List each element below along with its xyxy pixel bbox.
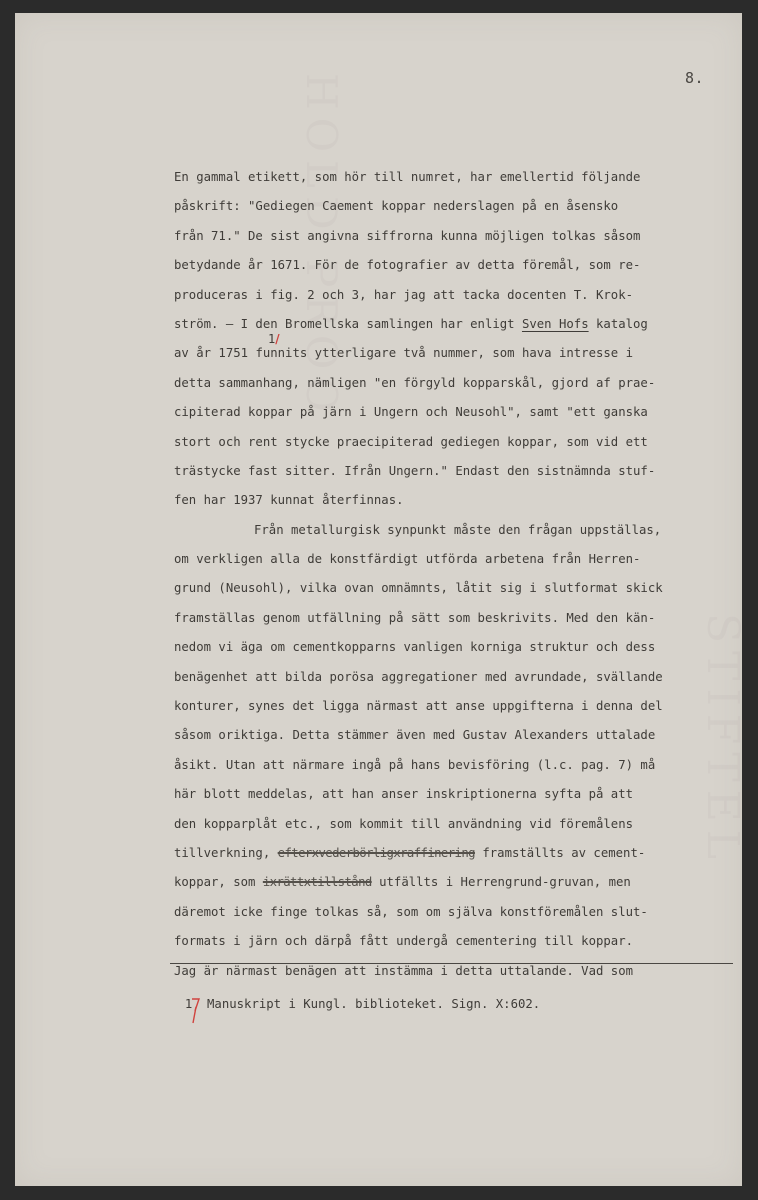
text-segment: funnits ytterligare två nummer, som hava…	[255, 346, 633, 360]
page-number: 8.	[685, 69, 704, 87]
text-line: från 71." De sist angivna siffrorna kunn…	[174, 222, 734, 251]
text-segment: koppar, som	[174, 875, 263, 889]
text-segment: utfällts i Herrengrund-gruvan, men	[372, 875, 631, 889]
red-annotation-mark	[190, 997, 200, 1025]
text-segment: katalog	[589, 317, 648, 331]
text-line: koppar, som ixrättxtillstånd utfällts i …	[174, 868, 734, 897]
text-line: cipiterad koppar på järn i Ungern och Ne…	[174, 398, 734, 427]
text-line: En gammal etikett, som hör till numret, …	[174, 163, 734, 192]
text-line: däremot icke finge tolkas så, som om sjä…	[174, 898, 734, 927]
footnote: 1 Manuskript i Kungl. biblioteket. Sign.…	[170, 983, 540, 1011]
struck-out-text: efterxvederbörligxraffinering	[278, 846, 475, 860]
footnote-divider	[170, 963, 733, 964]
footnote-text: Manuskript i Kungl. biblioteket. Sign. X…	[192, 997, 540, 1011]
text-line: tillverkning, efterxvederbörligxraffiner…	[174, 839, 734, 868]
footnote-number: 1	[185, 997, 192, 1011]
text-line: av år 1751 1/funnits ytterligare två num…	[174, 339, 734, 368]
text-line: Jag är närmast benägen att instämma i de…	[174, 957, 734, 986]
text-line: om verkligen alla de konstfärdigt utförd…	[174, 545, 734, 574]
text-line: fen har 1937 kunnat återfinnas.	[174, 486, 734, 515]
text-line: detta sammanhang, nämligen "en förgyld k…	[174, 369, 734, 398]
text-segment: tillverkning,	[174, 846, 278, 860]
text-segment: framställts av cement-	[475, 846, 645, 860]
text-line: betydande år 1671. För de fotografier av…	[174, 251, 734, 280]
text-line: konturer, synes det ligga närmast att an…	[174, 692, 734, 721]
struck-out-text: ixrättxtillstånd	[263, 875, 372, 889]
text-line: här blott meddelas, att han anser inskri…	[174, 780, 734, 809]
body-text: En gammal etikett, som hör till numret, …	[174, 163, 734, 986]
underlined-author-name: Sven Hofs	[522, 317, 589, 331]
text-line: åsikt. Utan att närmare ingå på hans bev…	[174, 751, 734, 780]
text-line-paragraph-start: Från metallurgisk synpunkt måste den frå…	[174, 516, 734, 545]
text-line: den kopparplåt etc., som kommit till anv…	[174, 810, 734, 839]
text-line: påskrift: "Gediegen Caement koppar neder…	[174, 192, 734, 221]
text-segment: av år 1751	[174, 346, 255, 360]
text-line: produceras i fig. 2 och 3, har jag att t…	[174, 281, 734, 310]
text-line: stort och rent stycke praecipiterad gedi…	[174, 428, 734, 457]
text-segment: ström. – I den Bromellska samlingen har …	[174, 317, 522, 331]
footnote-reference: 1/	[268, 333, 280, 345]
red-annotation-mark: /	[275, 332, 279, 346]
text-line: trästycke fast sitter. Ifrån Ungern." En…	[174, 457, 734, 486]
text-line: såsom oriktiga. Detta stämmer även med G…	[174, 721, 734, 750]
text-line: nedom vi äga om cementkopparns vanligen …	[174, 633, 734, 662]
text-line: formats i järn och därpå fått undergå ce…	[174, 927, 734, 956]
text-line: benägenhet att bilda porösa aggregatione…	[174, 663, 734, 692]
text-line: framställas genom utfällning på sätt som…	[174, 604, 734, 633]
text-line: ström. – I den Bromellska samlingen har …	[174, 310, 734, 339]
text-line: grund (Neusohl), vilka ovan omnämnts, lå…	[174, 574, 734, 603]
